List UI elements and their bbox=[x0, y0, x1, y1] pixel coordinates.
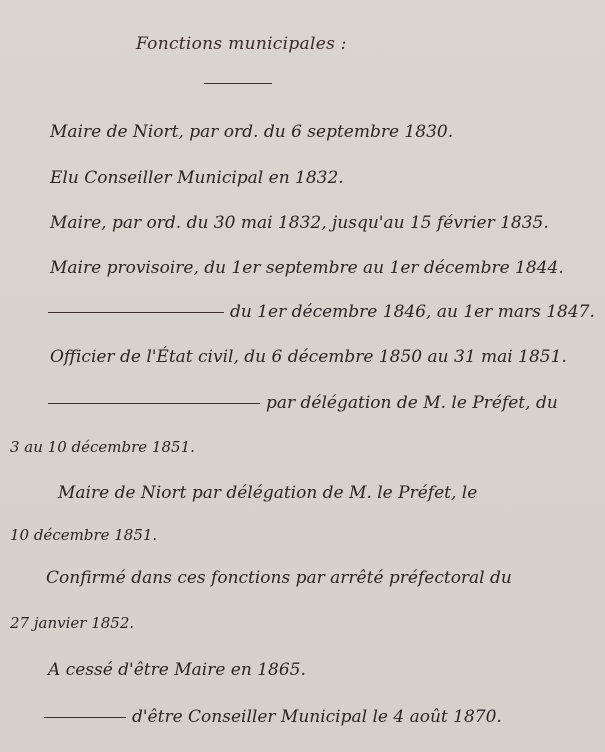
manuscript-page: Fonctions municipales : Maire de Niort, … bbox=[0, 0, 605, 752]
ditto-dash bbox=[44, 717, 126, 718]
entry-line: Maire, par ord. du 30 mai 1832, jusqu'au… bbox=[50, 213, 549, 233]
entry-line: Elu Conseiller Municipal en 1832. bbox=[50, 168, 344, 188]
entry-line: Maire de Niort par délégation de M. le P… bbox=[58, 483, 477, 503]
entry-line-continued: d'être Conseiller Municipal le 4 août 18… bbox=[44, 707, 502, 727]
entry-line-continued: par délégation de M. le Préfet, du bbox=[48, 393, 558, 413]
entry-line: Confirmé dans ces fonctions par arrêté p… bbox=[46, 568, 512, 588]
entry-text: par délégation de M. le Préfet, du bbox=[266, 393, 558, 413]
ditto-dash bbox=[48, 403, 260, 404]
entry-line: Maire de Niort, par ord. du 6 septembre … bbox=[50, 122, 453, 142]
entry-line-wrap: 27 janvier 1852. bbox=[10, 614, 134, 632]
entry-line-wrap: 10 décembre 1851. bbox=[10, 526, 157, 544]
entry-line: Maire provisoire, du 1er septembre au 1e… bbox=[50, 258, 564, 278]
ditto-dash bbox=[48, 312, 224, 313]
entry-line: A cessé d'être Maire en 1865. bbox=[48, 660, 306, 680]
entry-line-continued: du 1er décembre 1846, au 1er mars 1847. bbox=[48, 302, 595, 322]
entry-line-wrap: 3 au 10 décembre 1851. bbox=[10, 438, 195, 456]
entry-text: du 1er décembre 1846, au 1er mars 1847. bbox=[230, 302, 595, 322]
entry-text: d'être Conseiller Municipal le 4 août 18… bbox=[132, 707, 502, 727]
entry-line: Officier de l'État civil, du 6 décembre … bbox=[50, 347, 567, 367]
document-heading: Fonctions municipales : bbox=[136, 34, 347, 54]
heading-underline bbox=[204, 83, 272, 84]
